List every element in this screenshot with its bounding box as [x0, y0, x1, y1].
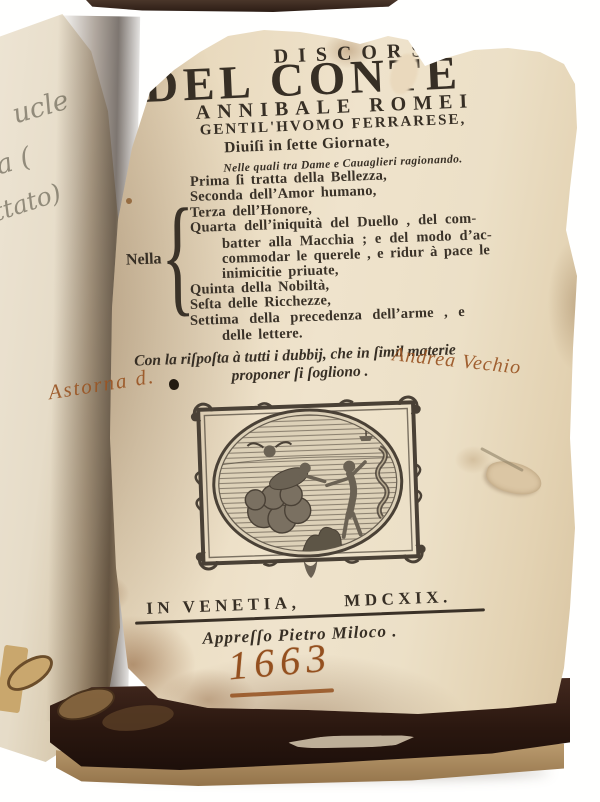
printer-device-woodcut: [182, 394, 435, 587]
wax-stain: [483, 457, 545, 500]
brace-label: Nella: [126, 250, 162, 269]
handwritten-year: 1663: [226, 634, 334, 690]
imprint-year: MDCXIX.: [344, 587, 452, 610]
imprint-gap: [300, 606, 344, 608]
book-photo: ucle a ( ttato) DISCORSI DEL CONTE ANNIB…: [0, 0, 600, 802]
book-cover-edge-top: [86, 0, 398, 12]
day-line: delle lettere.: [222, 325, 303, 345]
ink-blot: [169, 379, 179, 390]
imprint-place: IN VENETIA,: [146, 593, 301, 618]
handwritten-year-underline: [230, 688, 334, 697]
fox-spot: [126, 198, 132, 204]
